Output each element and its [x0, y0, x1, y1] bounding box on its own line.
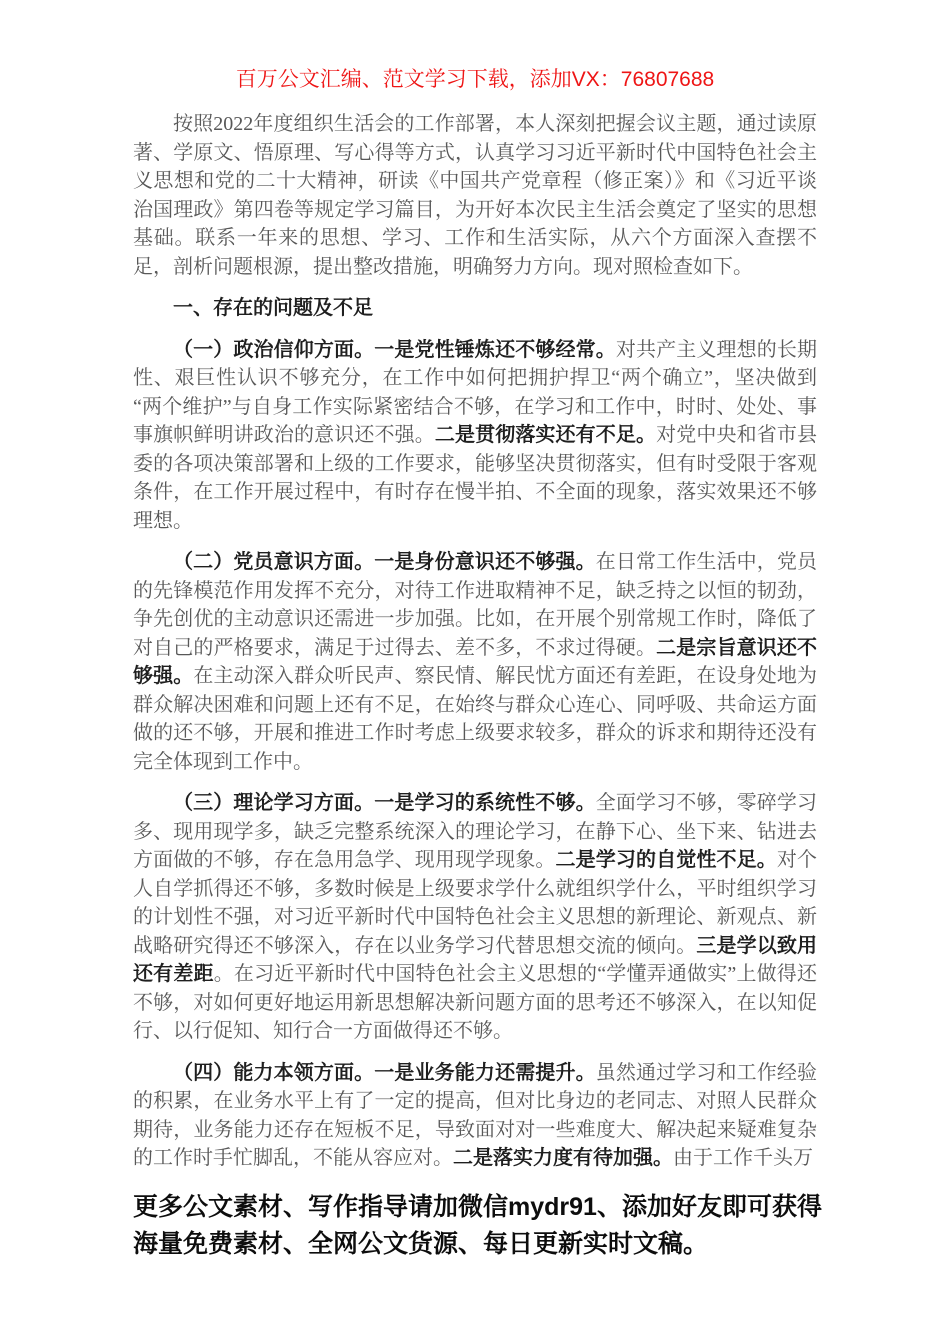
emphasis-text-segment: （三）理论学习方面。一是学习的系统性不够。	[173, 792, 596, 814]
promo-footer-text: 更多公文素材、写作指导请加微信mydr91、添加好友即可获得海量免费素材、全网公…	[133, 1189, 829, 1263]
section-heading: 一、存在的问题及不足	[133, 294, 817, 323]
body-paragraph: （四）能力本领方面。一是业务能力还需提升。虽然通过学习和工作经验的积累，在业务水…	[133, 1059, 817, 1173]
emphasis-text-segment: 二是学习的自觉性不足。	[556, 849, 777, 871]
promo-header-text: 百万公文汇编、范文学习下载，添加VX：76807688	[0, 67, 950, 93]
body-paragraph: （三）理论学习方面。一是学习的系统性不够。全面学习不够，零碎学习多、现用现学多，…	[133, 789, 817, 1046]
body-paragraph: 按照2022年度组织生活会的工作部署，本人深刻把握会议主题，通过读原著、学原文、…	[133, 110, 817, 281]
emphasis-text-segment: （一）政治信仰方面。一是党性锤炼还不够经常。	[173, 339, 616, 361]
text-segment: 按照2022年度组织生活会的工作部署，本人深刻把握会议主题，通过读原著、学原文、…	[133, 113, 817, 278]
text-segment: 在主动深入群众听民声、察民情、解民忧方面还有差距，在设身处地为群众解决困难和问题…	[133, 665, 817, 773]
text-segment: 。在习近平新时代中国特色社会主义思想的“学懂弄通做实”上做得还不够，对如何更好地…	[133, 963, 817, 1042]
document-body: 按照2022年度组织生活会的工作部署，本人深刻把握会议主题，通过读原著、学原文、…	[133, 110, 817, 1186]
emphasis-text-segment: （四）能力本领方面。一是业务能力还需提升。	[173, 1062, 596, 1084]
emphasis-text-segment: 二是贯彻落实还有不足。	[435, 424, 656, 446]
text-segment: 由于工作千头万	[673, 1147, 813, 1169]
body-paragraph: （二）党员意识方面。一是身份意识还不够强。在日常工作生活中，党员的先锋模范作用发…	[133, 548, 817, 776]
emphasis-text-segment: 二是落实力度有待加强。	[453, 1147, 673, 1169]
body-paragraph: （一）政治信仰方面。一是党性锤炼还不够经常。对共产主义理想的长期性、艰巨性认识不…	[133, 336, 817, 536]
document-page: 百万公文汇编、范文学习下载，添加VX：76807688 按照2022年度组织生活…	[0, 0, 950, 1344]
emphasis-text-segment: （二）党员意识方面。一是身份意识还不够强。	[173, 551, 596, 573]
